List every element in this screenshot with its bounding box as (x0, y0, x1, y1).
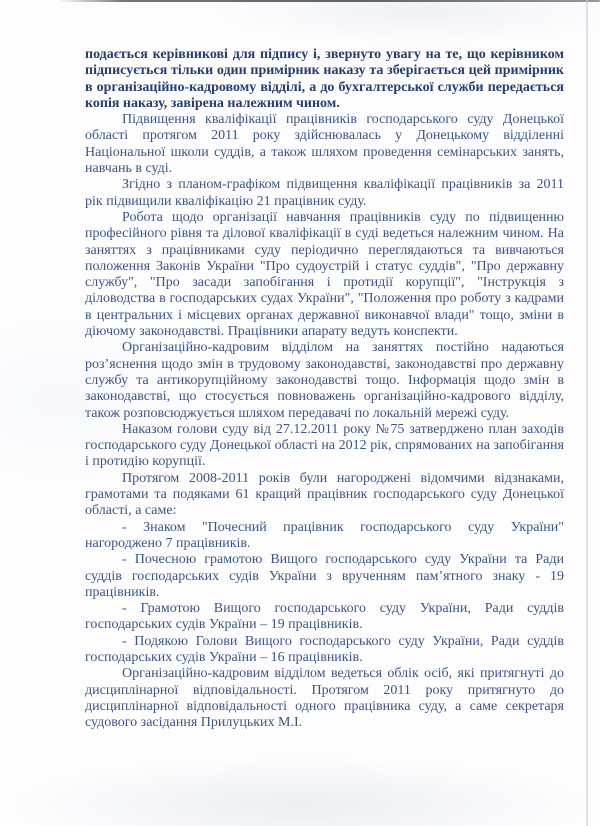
list-item-award-honorary-diploma: - Почесною грамотою Вищого господарськог… (85, 552, 564, 601)
list-item-award-diploma: - Грамотою Вищого господарського суду Ук… (85, 601, 564, 634)
paragraph-hr-department-clarifications: Організаційно-кадровим відділом на занят… (85, 340, 564, 421)
paragraph-training-organization: Робота щодо організації навчання працівн… (85, 210, 564, 340)
paragraph-order-75-plan: Наказом голови суду від 27.12.2011 року … (85, 422, 564, 471)
list-item-award-honorary-badge: - Знаком "Почесний працівник господарськ… (85, 520, 564, 553)
paragraph-qualification-improvement: Підвищення кваліфікації працівників госп… (85, 112, 564, 177)
document-body: подається керівникові для підпису і, зве… (85, 47, 564, 731)
paragraph-order-signing-note: подається керівникові для підпису і, зве… (85, 47, 564, 112)
paragraph-disciplinary-records: Організаційно-кадровим відділом ведеться… (85, 666, 564, 731)
scanned-document-page: подається керівникові для підпису і, зве… (0, 0, 600, 826)
scan-artifact-top-edge (58, 0, 600, 2)
paragraph-awards-intro: Протягом 2008-2011 років були нагороджен… (85, 471, 564, 520)
list-item-award-gratitude: - Подякою Голови Вищого господарського с… (85, 634, 564, 667)
scan-artifact-right-edge (586, 0, 588, 826)
paragraph-plan-schedule: Згідно з планом-графіком підвищення квал… (85, 177, 564, 210)
